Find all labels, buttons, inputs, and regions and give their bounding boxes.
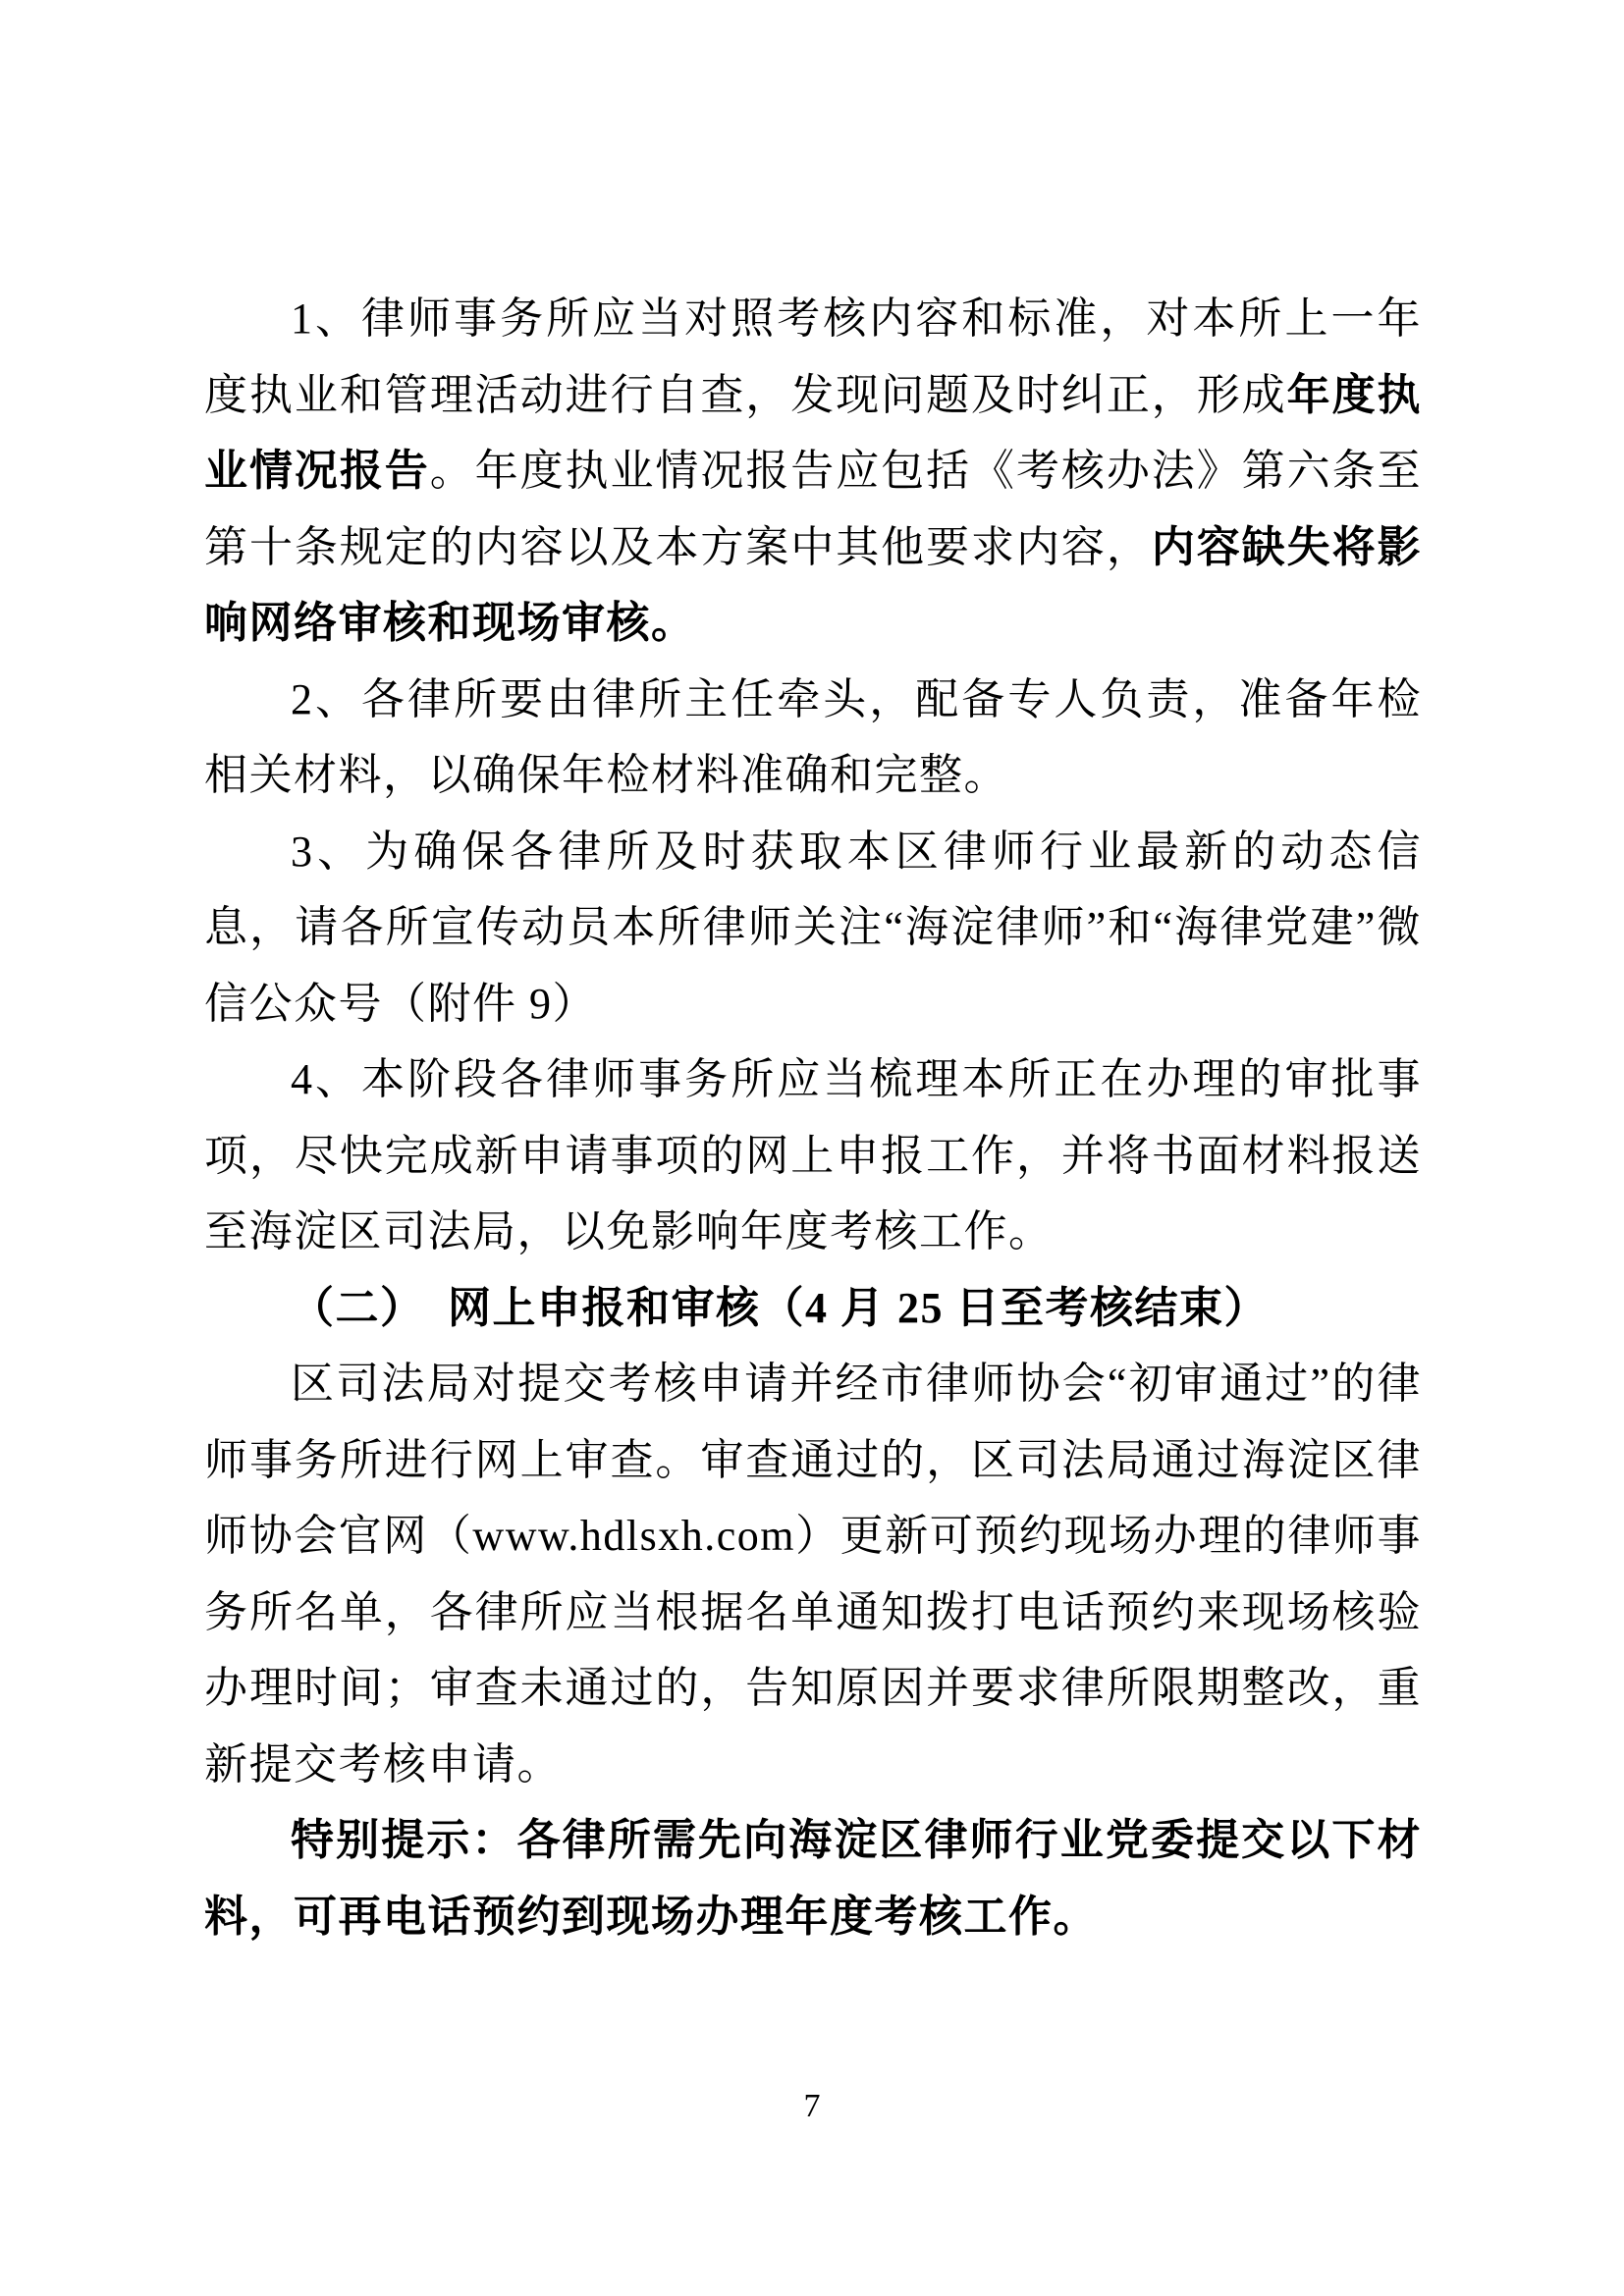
body-paragraph: 3、为确保各律所及时获取本区律师行业最新的动态信息，请各所宣传动员本所律师关注“… (204, 814, 1422, 1042)
body-paragraph: 1、律师事务所应当对照考核内容和标准，对本所上一年度执业和管理活动进行自查，发现… (204, 281, 1422, 662)
text-run: 4、本阶段各律师事务所应当梳理本所正在办理的审批事项，尽快完成新申请事项的网上申… (204, 1055, 1422, 1255)
page-number: 7 (0, 2087, 1624, 2126)
section-heading: （二） 网上申报和审核（4 月 25 日至考核结束） (204, 1270, 1422, 1347)
body-paragraph: 2、各律所要由律所主任牵头，配备专人负责，准备年检相关材料，以确保年检材料准确和… (204, 662, 1422, 814)
document-body: 1、律师事务所应当对照考核内容和标准，对本所上一年度执业和管理活动进行自查，发现… (204, 281, 1422, 1954)
text-run: 1、律师事务所应当对照考核内容和标准，对本所上一年度执业和管理活动进行自查，发现… (204, 294, 1422, 419)
bold-text-run: （二） 网上申报和审核（4 月 25 日至考核结束） (291, 1284, 1269, 1332)
text-run: 2、各律所要由律所主任牵头，配备专人负责，准备年检相关材料，以确保年检材料准确和… (204, 675, 1422, 800)
document-page: 1、律师事务所应当对照考核内容和标准，对本所上一年度执业和管理活动进行自查，发现… (0, 0, 1624, 2296)
text-run: 区司法局对提交考核申请并经市律师协会“初审通过”的律师事务所进行网上审查。审查通… (204, 1360, 1422, 1789)
body-paragraph: 4、本阶段各律师事务所应当梳理本所正在办理的审批事项，尽快完成新申请事项的网上申… (204, 1041, 1422, 1270)
body-paragraph: 区司法局对提交考核申请并经市律师协会“初审通过”的律师事务所进行网上审查。审查通… (204, 1346, 1422, 1802)
bold-text-run: 特别提示：各律所需先向海淀区律师行业党委提交以下材料，可再电话预约到现场办理年度… (204, 1816, 1422, 1941)
emphasis-paragraph: 特别提示：各律所需先向海淀区律师行业党委提交以下材料，可再电话预约到现场办理年度… (204, 1802, 1422, 1954)
text-run: 3、为确保各律所及时获取本区律师行业最新的动态信息，请各所宣传动员本所律师关注“… (204, 828, 1422, 1028)
